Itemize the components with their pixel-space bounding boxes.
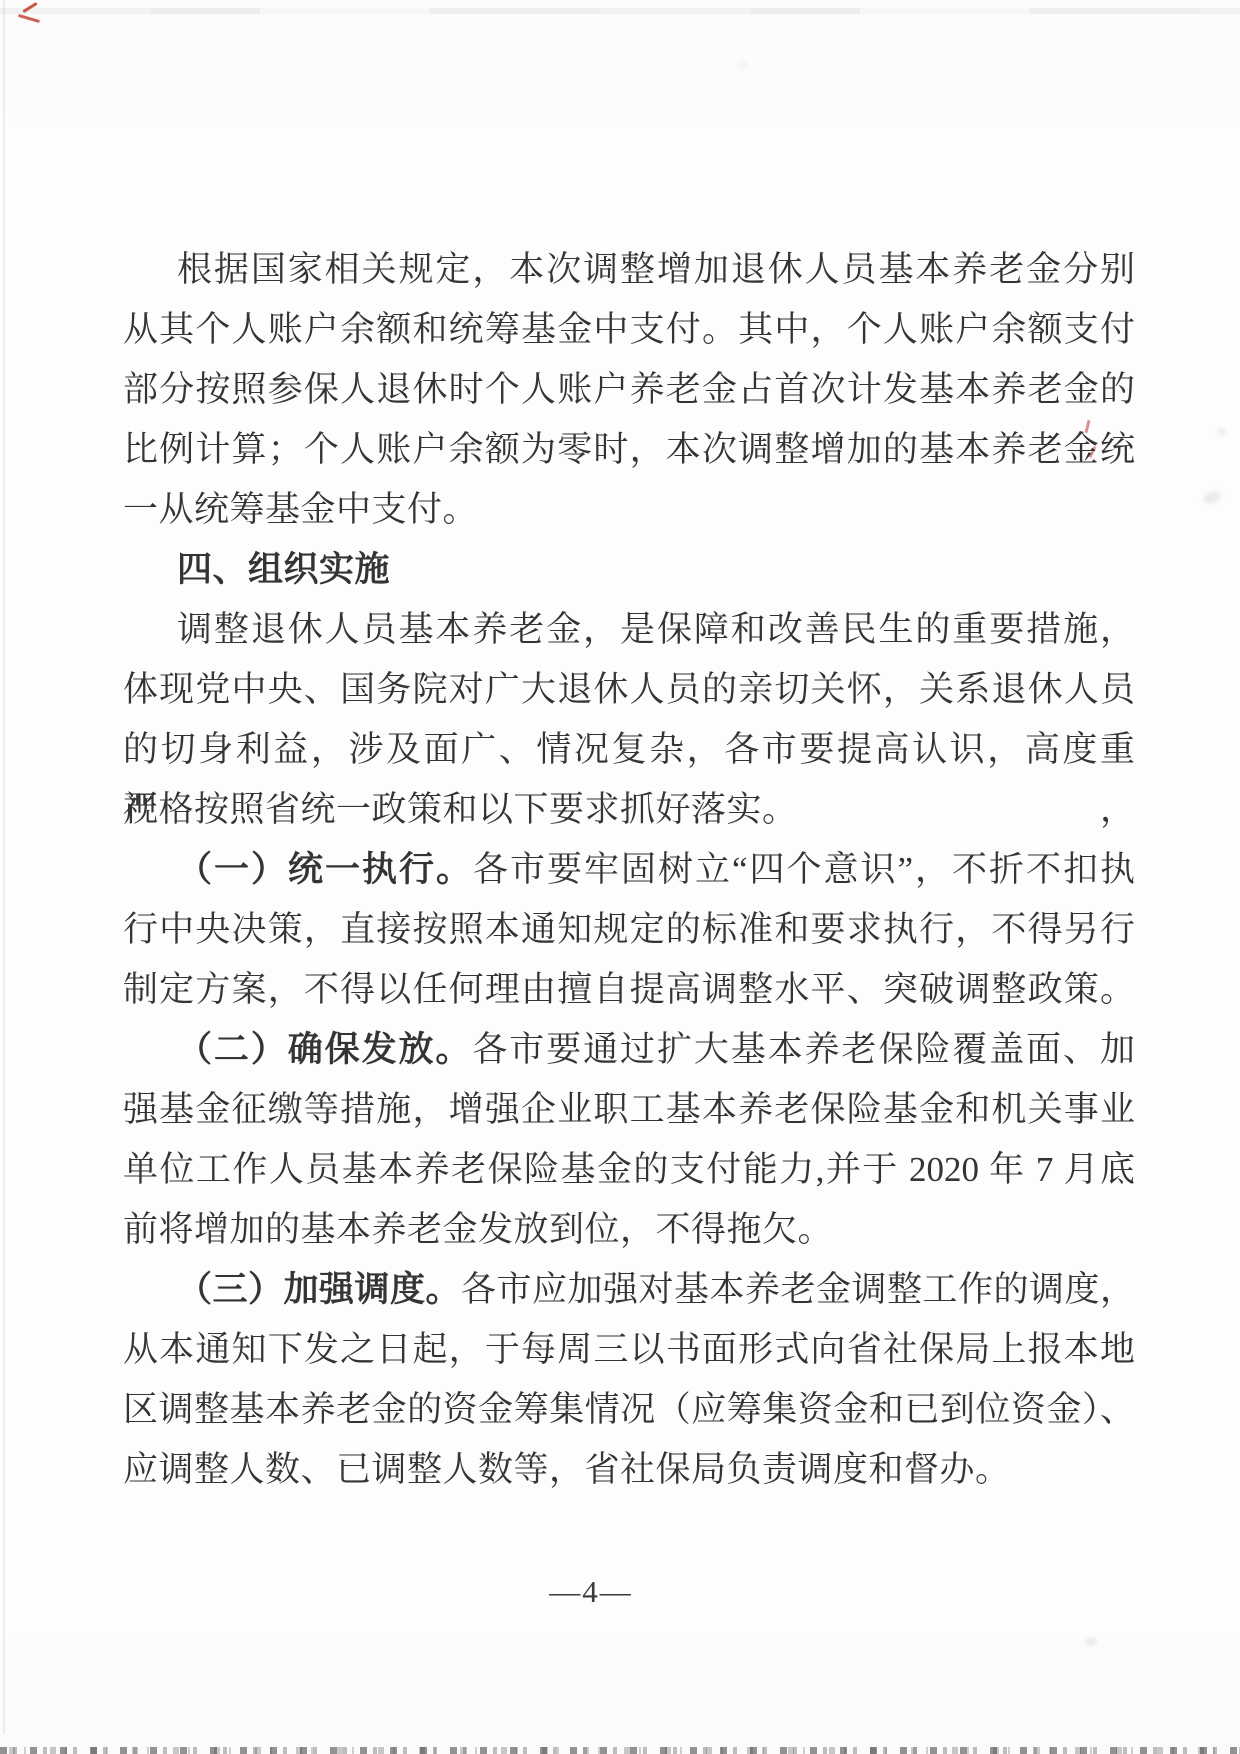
text-line: 制定方案，不得以任何理由擅自提高调整水平、突破调整政策。	[123, 960, 1135, 1020]
text-line: 部分按照参保人退休时个人账户养老金占首次计发基本养老金的	[123, 360, 1135, 420]
text-line: （三）加强调度。各市应加强对基本养老金调整工作的调度，	[123, 1260, 1135, 1320]
text-run: 调整退休人员基本养老金，是保障和改善民生的重要措施，	[177, 610, 1135, 649]
text-run: 强基金征缴等措施，增强企业职工基本养老保险基金和机关事业	[123, 1090, 1135, 1129]
scan-smudge	[1085, 1638, 1097, 1646]
text-run: 体现党中央、国务院对广大退休人员的亲切关怀，关系退休人员	[123, 670, 1135, 709]
text-run: 一从统筹基金中支付。	[123, 490, 478, 529]
text-line: 强基金征缴等措施，增强企业职工基本养老保险基金和机关事业	[123, 1080, 1135, 1140]
text-line: 行中央决策，直接按照本通知规定的标准和要求执行，不得另行	[123, 900, 1135, 960]
document-page: 根据国家相关规定，本次调整增加退休人员基本养老金分别从其个人账户余额和统筹基金中…	[0, 0, 1240, 1754]
text-run: 前将增加的基本养老金发放到位，不得拖欠。	[123, 1210, 833, 1249]
text-run: 部分按照参保人退休时个人账户养老金占首次计发基本养老金的	[123, 370, 1135, 409]
text-run: 从其个人账户余额和统筹基金中支付。其中，个人账户余额支付	[123, 310, 1135, 349]
text-line: 比例计算；个人账户余额为零时，本次调整增加的基本养老金统	[123, 420, 1135, 480]
scan-top-band-artifact	[0, 8, 1240, 14]
text-run: 根据国家相关规定，本次调整增加退休人员基本养老金分别	[177, 250, 1135, 289]
text-line: 区调整基本养老金的资金筹集情况（应筹集资金和已到位资金）、	[123, 1380, 1135, 1440]
text-line: （一）统一执行。各市要牢固树立“四个意识”，不折不扣执	[123, 840, 1135, 900]
text-run: 制定方案，不得以任何理由擅自提高调整水平、突破调整政策。	[123, 970, 1135, 1009]
text-run: 单位工作人员基本养老保险基金的支付能力,并于 2020 年 7 月底	[123, 1150, 1135, 1189]
section-heading: 四、组织实施	[123, 540, 1135, 600]
document-body-text: 根据国家相关规定，本次调整增加退休人员基本养老金分别从其个人账户余额和统筹基金中…	[123, 240, 1135, 1500]
text-run: （二）确保发放。	[177, 1030, 472, 1069]
text-run: 四、组织实施	[177, 550, 390, 589]
text-line: （二）确保发放。各市要通过扩大基本养老保险覆盖面、加	[123, 1020, 1135, 1080]
text-run: 各市应加强对基本养老金调整工作的调度，	[461, 1270, 1135, 1309]
text-line: 一从统筹基金中支付。	[123, 480, 1135, 540]
text-line: 从本通知下发之日起，于每周三以书面形式向省社保局上报本地	[123, 1320, 1135, 1380]
text-line: 前将增加的基本养老金发放到位，不得拖欠。	[123, 1200, 1135, 1260]
text-run: 严格按照省统一政策和以下要求抓好落实。	[123, 790, 798, 829]
text-run: 各市要通过扩大基本养老保险覆盖面、加	[472, 1030, 1135, 1069]
text-run: 各市要牢固树立“四个意识”，不折不扣执	[473, 850, 1135, 889]
scan-smudge	[738, 62, 747, 69]
page-number: —4—	[0, 1574, 1182, 1610]
text-line: 应调整人数、已调整人数等，省社保局负责调度和督办。	[123, 1440, 1135, 1500]
scan-smudge	[1218, 428, 1226, 435]
text-line: 根据国家相关规定，本次调整增加退休人员基本养老金分别	[123, 240, 1135, 300]
text-line: 从其个人账户余额和统筹基金中支付。其中，个人账户余额支付	[123, 300, 1135, 360]
text-run: 从本通知下发之日起，于每周三以书面形式向省社保局上报本地	[123, 1330, 1135, 1369]
red-pen-mark	[18, 14, 40, 23]
scan-smudge	[1202, 489, 1223, 505]
scan-bottom-noise-artifact	[0, 1747, 1240, 1754]
text-run: 应调整人数、已调整人数等，省社保局负责调度和督办。	[123, 1450, 1011, 1489]
text-run: （三）加强调度。	[177, 1270, 461, 1309]
text-line: 体现党中央、国务院对广大退休人员的亲切关怀，关系退休人员	[123, 660, 1135, 720]
text-line: 单位工作人员基本养老保险基金的支付能力,并于 2020 年 7 月底	[123, 1140, 1135, 1200]
text-run: （一）统一执行。	[177, 850, 473, 889]
text-line: 调整退休人员基本养老金，是保障和改善民生的重要措施，	[123, 600, 1135, 660]
text-run: 区调整基本养老金的资金筹集情况（应筹集资金和已到位资金）、	[123, 1390, 1135, 1429]
text-line: 的切身利益，涉及面广、情况复杂，各市要提高认识，高度重视，	[123, 720, 1135, 780]
text-run: 行中央决策，直接按照本通知规定的标准和要求执行，不得另行	[123, 910, 1135, 949]
scan-left-edge-artifact	[3, 0, 5, 1734]
text-run: 比例计算；个人账户余额为零时，本次调整增加的基本养老金统	[123, 430, 1135, 469]
